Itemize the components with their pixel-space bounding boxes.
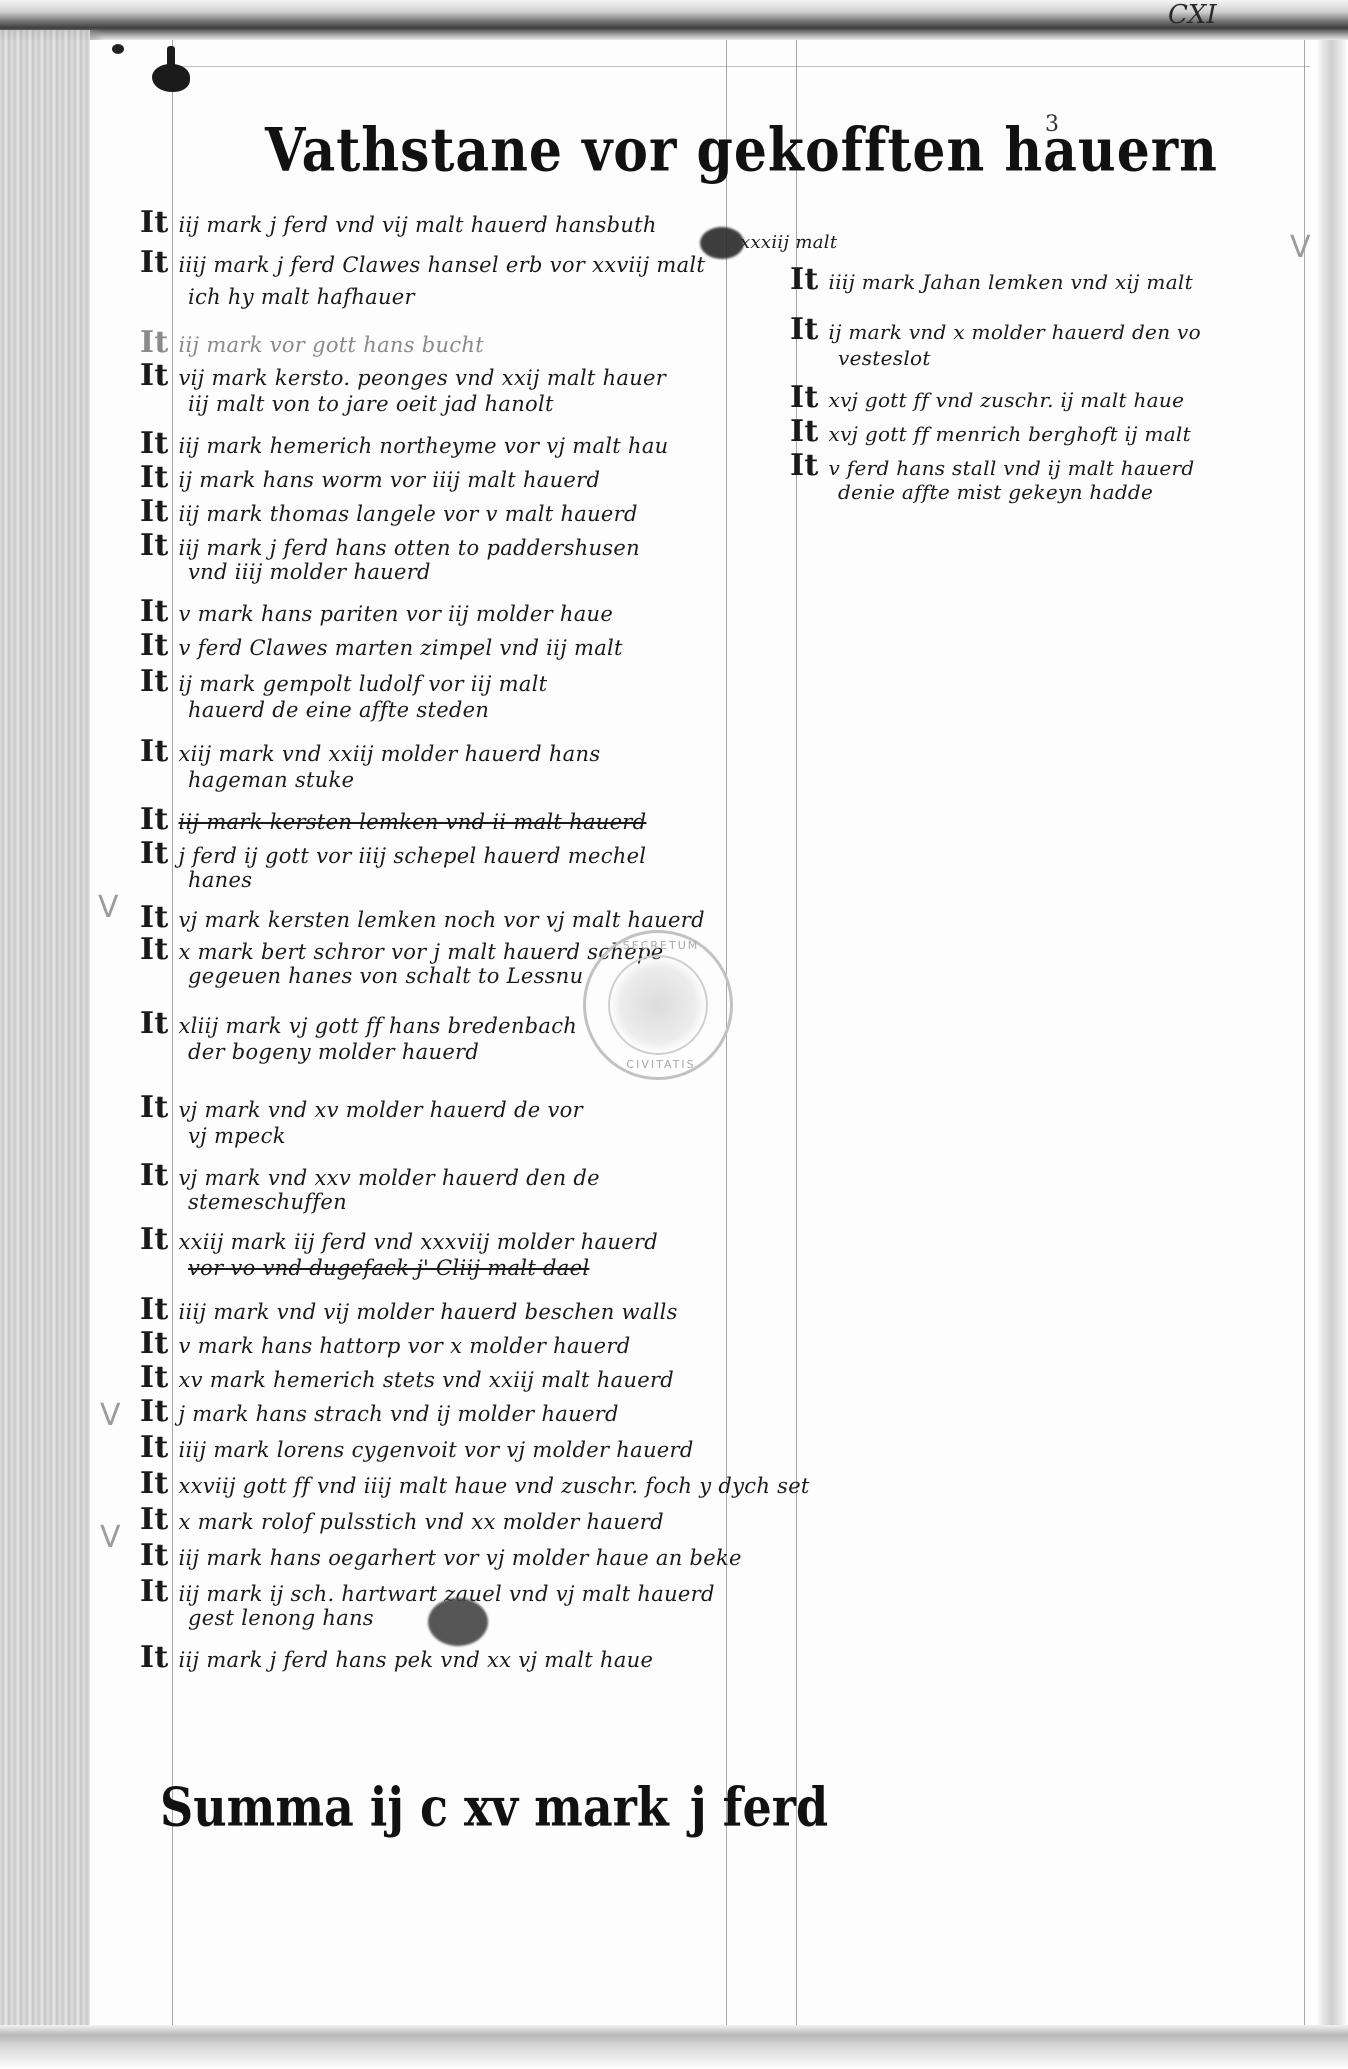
entry-line: Itij mark hans worm vor iiij malt hauerd (140, 460, 600, 495)
book-right-edge (1316, 40, 1348, 2030)
item-mark: It (140, 628, 169, 663)
item-mark: It (140, 426, 169, 461)
entry-line: Itj mark hans strach vnd ij molder hauer… (140, 1394, 619, 1429)
item-mark: It (140, 528, 169, 563)
entry-line: Itv mark hans pariten vor iij molder hau… (140, 594, 613, 629)
item-mark: It (140, 1006, 169, 1041)
item-mark: It (140, 1394, 169, 1429)
entry-line: Itv ferd Clawes marten zimpel vnd iij ma… (140, 628, 623, 663)
ruling-line-right (1304, 40, 1305, 2025)
ink-blot-icon (700, 227, 744, 259)
entry-line: Itvj mark vnd xv molder hauerd de vor (140, 1090, 583, 1125)
item-mark: It (140, 325, 169, 360)
continuation-line: hauerd de eine affte steden (140, 698, 489, 722)
item-mark: It (140, 1090, 169, 1125)
entry-line: Itxiij mark vnd xxiij molder hauerd hans (140, 734, 600, 769)
entry-line: Itvij mark kersto. peonges vnd xxij malt… (140, 358, 666, 393)
ink-blot-icon (152, 64, 190, 92)
ink-blot-icon (428, 1598, 488, 1646)
entry-line: Itiij mark ij sch. hartwart zauel vnd vj… (140, 1574, 715, 1609)
folio-number: CXI (1168, 0, 1217, 30)
item-mark: It (140, 836, 169, 871)
item-mark: It (140, 1640, 169, 1675)
item-mark: It (140, 460, 169, 495)
checkmark-icon: V (98, 890, 119, 925)
book-bottom-edge (0, 2025, 1348, 2069)
entry-line: Itij mark vnd x molder hauerd den vo (790, 312, 1201, 347)
book-page-stack-left (0, 30, 90, 2069)
entry-line: Itiij mark hans oegarhert vor vj molder … (140, 1538, 742, 1573)
item-mark: It (790, 448, 819, 483)
entry-line: iij malt von to jare oeit jad hanolt (140, 392, 554, 416)
item-mark: It (140, 1430, 169, 1465)
item-mark: It (140, 494, 169, 529)
continuation-line: ich hy malt hafhauer (140, 285, 415, 309)
summa-fraction: j ferd (690, 1776, 828, 1838)
book-top-edge (0, 0, 1348, 40)
entry-line: Itiij mark j ferd vnd vij malt hauerd ha… (140, 205, 657, 240)
entry-line: Itv ferd hans stall vnd ij malt hauerd (790, 448, 1194, 483)
entry-line: Itiij mark j ferd hans pek vnd xx vj mal… (140, 1640, 653, 1675)
continuation-line: hanes (140, 868, 252, 892)
entry-line: Itiij mark j ferd hans otten to paddersh… (140, 528, 640, 563)
archive-seal-stamp: SECRETUM CIVITATIS (583, 930, 733, 1080)
continuation-line: vesteslot (790, 346, 931, 370)
entry-line: Itxv mark hemerich stets vnd xxiij malt … (140, 1360, 674, 1395)
item-mark: It (790, 262, 819, 297)
entry-line: Itiiij mark j ferd Clawes hansel erb vor… (140, 245, 705, 280)
entry-line: Itj ferd ij gott vor iiij schepel hauerd… (140, 836, 646, 871)
continuation-line: hageman stuke (140, 768, 354, 792)
item-mark: It (140, 900, 169, 935)
item-mark: It (140, 1574, 169, 1609)
entry-line: Itx mark bert schror vor j malt hauerd s… (140, 932, 663, 967)
item-mark: It (140, 1222, 169, 1257)
continuation-line: der bogeny molder hauerd (140, 1040, 479, 1064)
entry-line: Itiiij mark vnd vij molder hauerd besche… (140, 1292, 678, 1327)
continuation-line: vnd iiij molder hauerd (140, 560, 431, 584)
struck-entry-line: Itiij mark kersten lemken vnd ii malt ha… (140, 802, 646, 837)
item-mark: It (140, 802, 169, 837)
summa-label: Summa (160, 1776, 354, 1838)
entry-line: Itxvj gott ff menrich berghoft ij malt (790, 414, 1191, 449)
item-mark: It (790, 414, 819, 449)
entry-line: Itiij mark thomas langele vor v malt hau… (140, 494, 638, 529)
entry-line: Itvj mark kersten lemken noch vor vj mal… (140, 900, 705, 935)
continuation-line: gest lenong hans (140, 1606, 374, 1630)
stamp-text-top: SECRETUM (586, 939, 736, 952)
item-mark: It (790, 380, 819, 415)
entry-line: Itxxviij gott ff vnd iiij malt haue vnd … (140, 1466, 810, 1501)
entry-line: Itxvj gott ff vnd zuschr. ij malt haue (790, 380, 1184, 415)
item-mark: It (140, 205, 169, 240)
ink-spot (112, 44, 124, 54)
right-column-top-fragment: xxxiij malt (740, 232, 837, 253)
checkmark-icon: V (1290, 230, 1311, 265)
item-mark: It (140, 932, 169, 967)
heading-superscript: 3 (1045, 112, 1059, 137)
continuation-line: denie affte mist gekeyn hadde (790, 480, 1153, 504)
entry-line: Itiij mark hemerich northeyme vor vj mal… (140, 426, 668, 461)
struck-continuation-line: vor vo vnd dugefack j' Cliij malt dael (140, 1256, 589, 1280)
item-mark: It (140, 594, 169, 629)
entry-line: Itiiij mark lorens cygenvoit vor vj mold… (140, 1430, 694, 1465)
summa-total: Summa ij c xv mark (160, 1776, 669, 1838)
entry-line-faded: Itiij mark vor gott hans bucht (140, 325, 484, 360)
continuation-line: stemeschuffen (140, 1190, 347, 1214)
checkmark-icon: V (100, 1398, 121, 1433)
page-heading: Vathstane vor gekofften hauern (265, 115, 1218, 185)
item-mark: It (140, 245, 169, 280)
item-mark: It (140, 1360, 169, 1395)
lion-emblem-icon (608, 955, 708, 1055)
entry-line: Itvj mark vnd xxv molder hauerd den de (140, 1158, 600, 1193)
ruling-line-top (160, 66, 1310, 67)
item-mark: It (140, 734, 169, 769)
item-mark: It (140, 1158, 169, 1193)
item-mark: It (140, 1292, 169, 1327)
summa-value: ij c xv mark (370, 1776, 669, 1838)
entry-line: Itxliij mark vj gott ff hans bredenbach (140, 1006, 577, 1041)
item-mark: It (140, 1538, 169, 1573)
continuation-line: gegeuen hanes von schalt to Lessnu (140, 964, 583, 988)
entry-line: Itx mark rolof pulsstich vnd xx molder h… (140, 1502, 664, 1537)
stamp-text-bottom: CIVITATIS (586, 1058, 736, 1071)
item-mark: It (140, 358, 169, 393)
checkmark-icon: V (100, 1520, 121, 1555)
item-mark: It (140, 1466, 169, 1501)
entry-line: Itiiij mark Jahan lemken vnd xij malt (790, 262, 1193, 297)
entry-line: Itij mark gempolt ludolf vor iij malt (140, 664, 547, 699)
item-mark: It (140, 664, 169, 699)
continuation-line: vj mpeck (140, 1124, 286, 1148)
item-mark: It (790, 312, 819, 347)
item-mark: It (140, 1326, 169, 1361)
entry-line: Itv mark hans hattorp vor x molder hauer… (140, 1326, 630, 1361)
item-mark: It (140, 1502, 169, 1537)
entry-line: Itxxiij mark iij ferd vnd xxxviij molder… (140, 1222, 658, 1257)
